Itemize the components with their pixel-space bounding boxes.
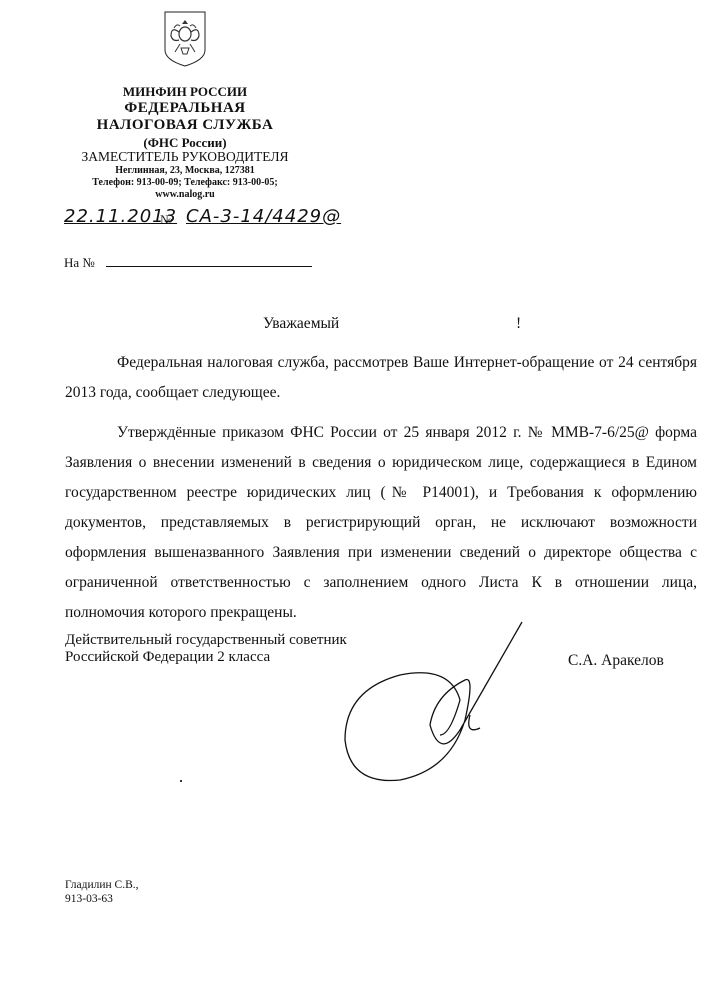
signatory-name: С.А. Аракелов xyxy=(568,652,664,670)
phones: Телефон: 913-00-09; Телефакс: 913-00-05; xyxy=(70,177,300,188)
reply-to-field xyxy=(106,266,312,267)
agency-name-line2: НАЛОГОВАЯ СЛУЖБА xyxy=(70,117,300,134)
document-number: СА-3-14/4429@ xyxy=(186,206,341,227)
paragraph: Утверждённые приказом ФНС России от 25 я… xyxy=(65,418,697,628)
scan-artifact xyxy=(180,780,182,782)
website: www.nalog.ru xyxy=(70,189,300,200)
executor-phone: 913-03-63 xyxy=(65,892,139,906)
executor-name: Гладилин С.В., xyxy=(65,878,139,892)
department-title: ЗАМЕСТИТЕЛЬ РУКОВОДИТЕЛЯ xyxy=(70,149,300,165)
agency-name-line1: ФЕДЕРАЛЬНАЯ xyxy=(70,100,300,117)
number-label: № xyxy=(160,212,172,228)
signatory-title-line1: Действительный государственный советник xyxy=(65,632,347,649)
handwritten-signature xyxy=(340,620,530,800)
signatory-title-line2: Российской Федерации 2 класса xyxy=(65,649,347,666)
ministry-name: МИНФИН РОССИИ xyxy=(70,84,300,100)
address: Неглинная, 23, Москва, 127381 xyxy=(70,165,300,176)
reply-to-label: На № xyxy=(64,255,95,271)
greeting-end: ! xyxy=(516,315,521,333)
executor-info: Гладилин С.В., 913-03-63 xyxy=(65,878,139,906)
signatory-title: Действительный государственный советник … xyxy=(65,632,347,666)
paragraph: Федеральная налоговая служба, рассмотрев… xyxy=(65,348,697,408)
russian-coat-of-arms-icon xyxy=(163,10,207,68)
letter-body: Федеральная налоговая служба, рассмотрев… xyxy=(65,348,697,628)
greeting: Уважаемый xyxy=(263,315,339,333)
